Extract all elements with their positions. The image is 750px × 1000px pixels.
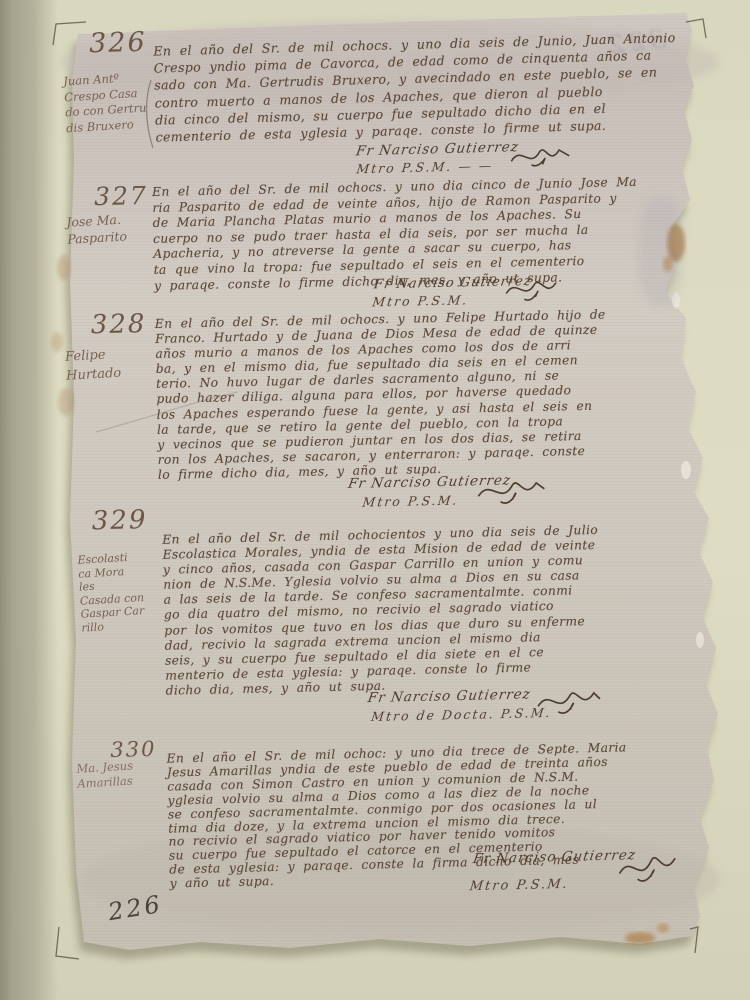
foxing-stain — [58, 388, 74, 416]
rubric-flourish-icon — [504, 274, 565, 305]
entry-number: 328 — [90, 309, 146, 340]
entry-body: En el año del Sr. de mil ochocs. y uno d… — [153, 27, 736, 145]
rust-stain — [657, 923, 669, 933]
foxing-stain — [57, 255, 71, 281]
rubric-flourish-icon — [617, 848, 682, 890]
rust-stain — [625, 932, 655, 944]
margin-note: Escolasti ca Mora les Casada con Gaspar … — [77, 550, 146, 635]
priest-title: Mtro P.S.M. — [371, 292, 469, 309]
rubric-flourish-icon — [476, 475, 547, 510]
margin-note: Ma. Jesus Amarillas — [76, 758, 134, 791]
entry-body: En el año del Sr. de mil ochocientos y u… — [162, 520, 746, 699]
corner-mark-bottom-left — [56, 927, 79, 959]
margin-note: Juan Antº Crespo Casa do con Gertru dis … — [63, 69, 148, 136]
entry-number: 330 — [110, 737, 157, 762]
rubric-flourish-icon — [536, 685, 603, 720]
margin-note: Felipe Hurtado — [65, 345, 122, 386]
entry-number: 327 — [94, 181, 148, 211]
rubric-flourish-icon — [509, 144, 572, 172]
entry-body: En el año del Sr. de mil ochocs. y uno F… — [155, 305, 738, 483]
foxing-stain — [51, 332, 63, 352]
margin-note: Jose Ma. Pasparito — [66, 210, 128, 247]
entry-number: 329 — [91, 505, 147, 536]
priest-title: Mtro P.S.M. — [362, 493, 460, 510]
entry-number: 326 — [89, 27, 147, 59]
priest-title: Mtro P.S.M. — [469, 877, 570, 894]
photograph: 322 326 Juan Antº Crespo Casa do con Ger… — [0, 0, 750, 1000]
